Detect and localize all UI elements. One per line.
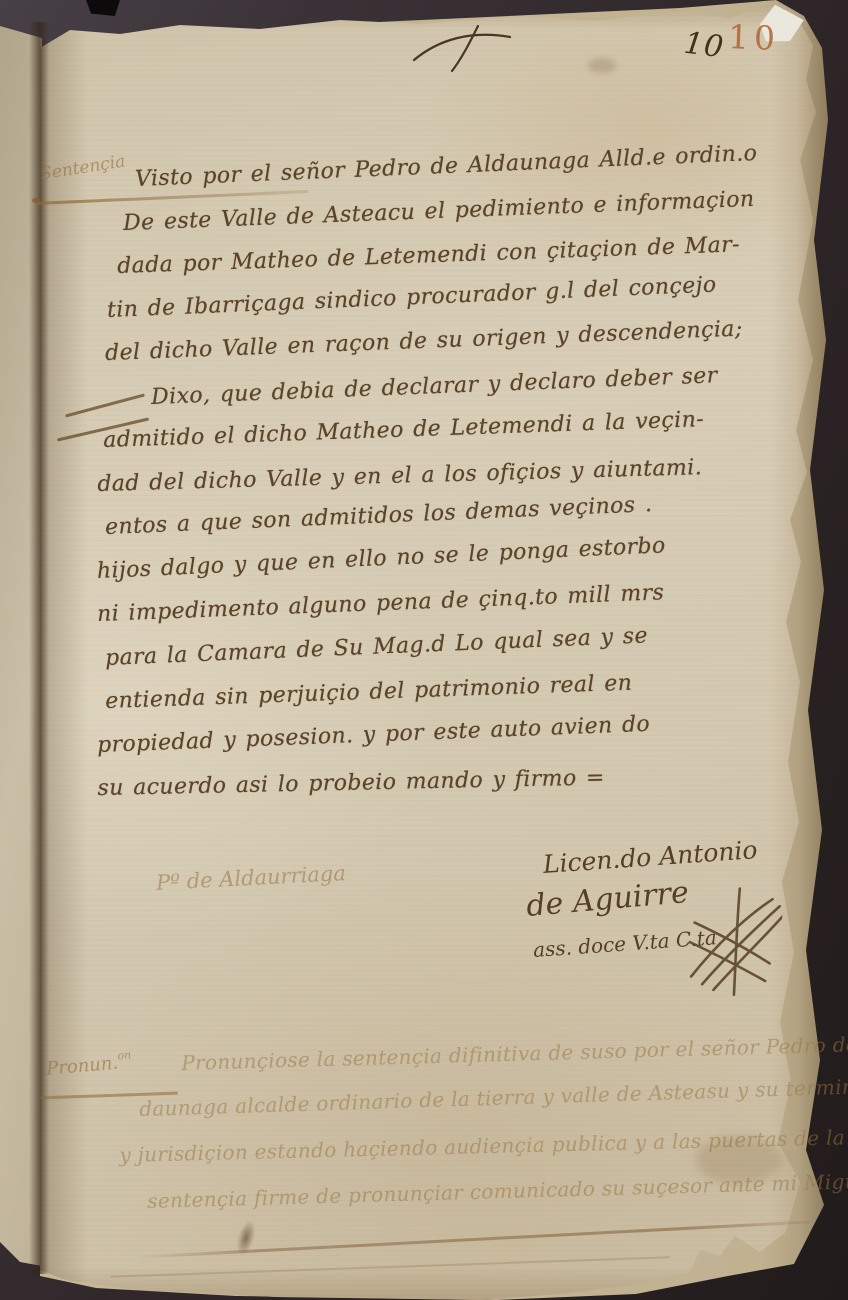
paper-stain bbox=[696, 1136, 782, 1184]
paper-stain bbox=[588, 58, 616, 73]
binding-gutter-shadow bbox=[29, 22, 49, 1274]
folio-number-ink: 10 bbox=[682, 26, 726, 66]
rubric-flourish-icon bbox=[678, 880, 785, 1008]
ink-blot bbox=[32, 198, 40, 203]
cross-mark-icon bbox=[408, 24, 528, 78]
binding-clip bbox=[86, 0, 120, 16]
pronouncement-block: Pronunçiose la sentençia difinitiva de s… bbox=[120, 1040, 830, 1224]
manuscript-photo: 10 10 Sentençia Visto por el señor Pedro… bbox=[0, 0, 848, 1300]
folio-number-stamp: 10 bbox=[727, 17, 780, 58]
manuscript-body: Visto por el señor Pedro de Aldaunaga Al… bbox=[96, 158, 786, 811]
